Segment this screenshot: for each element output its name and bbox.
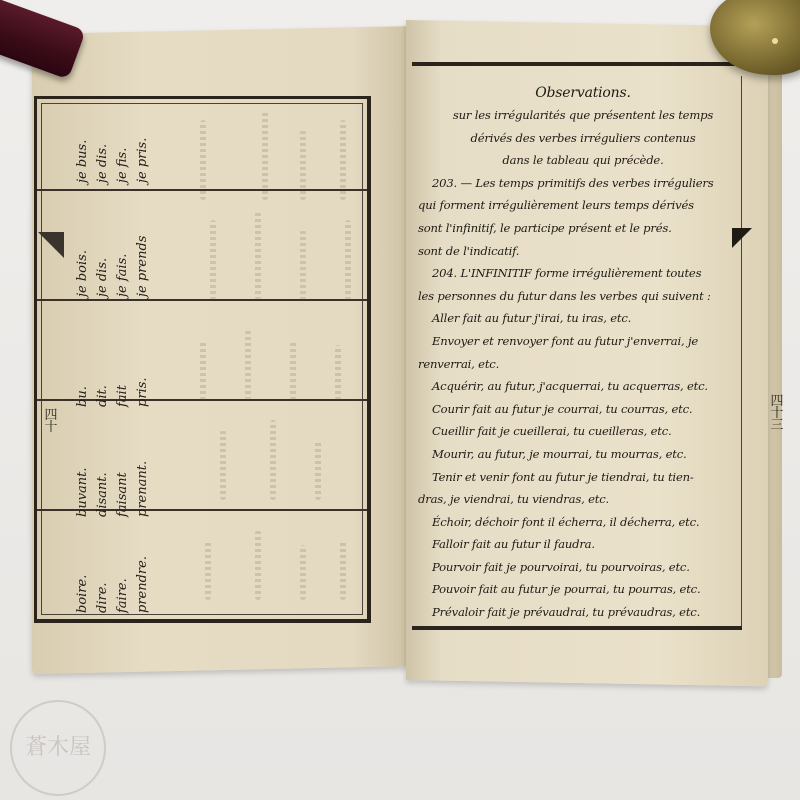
text-line: 203. — Les temps primitifs des verbes ir… — [418, 172, 748, 195]
bleed-through-text — [340, 120, 346, 200]
text-line: Pourvoir fait je pourvoirai, tu pourvoir… — [418, 556, 748, 579]
table-cell: je fais. — [115, 254, 130, 297]
bleed-through-text — [245, 330, 251, 400]
fold-marker — [38, 232, 64, 258]
table-cell: je bois. — [75, 250, 90, 297]
table-cell: prenant. — [135, 461, 150, 517]
page-number-kanji: 四十 — [44, 410, 58, 434]
text-line: Acquérir, au futur, j'acquerrai, tu acqu… — [418, 375, 748, 398]
subtitle-line: dérivés des verbes irréguliers contenus — [418, 127, 748, 150]
bleed-through-text — [205, 540, 211, 600]
text-line: sont de l'indicatif. — [418, 240, 748, 263]
text-line: qui forment irrégulièrement leurs temps … — [418, 194, 748, 217]
table-cell: bu. — [75, 386, 90, 407]
text-line: Prévaloir fait je prévaudrai, tu prévaud… — [418, 601, 748, 624]
text-line: Tenir et venir font au futur je tiendrai… — [418, 466, 748, 489]
bleed-through-text — [290, 340, 296, 400]
text-line: Courir fait au futur je courrai, tu cour… — [418, 398, 748, 421]
table-cell: je bus. — [75, 140, 90, 183]
text-line: sont l'infinitif, le participe présent e… — [418, 217, 748, 240]
weight-highlight — [772, 38, 778, 44]
bleed-through-text — [200, 120, 206, 200]
table-cell: dire. — [95, 582, 110, 613]
text-line: Pouvoir fait au futur je pourrai, tu pou… — [418, 578, 748, 601]
text-line: les personnes du futur dans les verbes q… — [418, 285, 748, 308]
text-line: Cueillir fait je cueillerai, tu cueiller… — [418, 420, 748, 443]
bleed-through-text — [335, 345, 341, 400]
table-cell: buvant. — [75, 467, 90, 517]
text-line: Mourir, au futur, je mourrai, tu mourras… — [418, 443, 748, 466]
bleed-through-text — [300, 130, 306, 200]
table-cell: fait — [115, 385, 130, 407]
table-cell: je prends — [135, 236, 150, 297]
bleed-through-text — [345, 220, 351, 300]
text-line: Échoir, déchoir font il écherra, il déch… — [418, 511, 748, 534]
text-line: 204. L'INFINITIF forme irrégulièrement t… — [418, 262, 748, 285]
bleed-through-text — [210, 220, 216, 300]
table-cell: dit. — [95, 385, 110, 407]
bleed-through-text — [255, 210, 261, 300]
text-line: Envoyer et renvoyer font au futur j'enve… — [418, 330, 748, 353]
table-cell: prendre. — [135, 556, 150, 613]
table-cell: pris. — [135, 378, 150, 408]
section-title: Observations. — [418, 82, 748, 104]
text-line: dras, je viendrai, tu viendras, etc. — [418, 488, 748, 511]
table-cell: disant. — [95, 472, 110, 517]
table-rule — [37, 299, 367, 301]
bleed-through-text — [340, 540, 346, 600]
table-cell: boire. — [75, 575, 90, 613]
text-line: renverrai, etc. — [418, 353, 748, 376]
table-cell: faisant — [115, 472, 130, 517]
bleed-through-text — [300, 545, 306, 600]
watermark-seal: 蒼木屋 — [10, 700, 106, 796]
bleed-through-text — [262, 110, 268, 200]
bleed-through-text — [255, 530, 261, 600]
table-cell: faire. — [115, 578, 130, 613]
table-cell: je fis. — [115, 148, 130, 183]
bleed-through-text — [300, 230, 306, 300]
text-line: Falloir fait au futur il faudra. — [418, 533, 748, 556]
page-number-kanji: 四十三 — [770, 396, 784, 432]
bleed-through-text — [315, 440, 321, 500]
table-cell: je pris. — [135, 138, 150, 183]
bleed-through-text — [270, 420, 276, 500]
table-cell: je dis. — [95, 144, 110, 183]
observations-text: Observations. sur les irrégularités que … — [418, 82, 748, 624]
subtitle-line: sur les irrégularités que présentent les… — [418, 104, 748, 127]
text-line: Aller fait au futur j'irai, tu iras, etc… — [418, 307, 748, 330]
bleed-through-text — [220, 430, 226, 500]
table-cell: je dis. — [95, 258, 110, 297]
bleed-through-text — [200, 340, 206, 400]
subtitle-line: dans le tableau qui précède. — [418, 149, 748, 172]
